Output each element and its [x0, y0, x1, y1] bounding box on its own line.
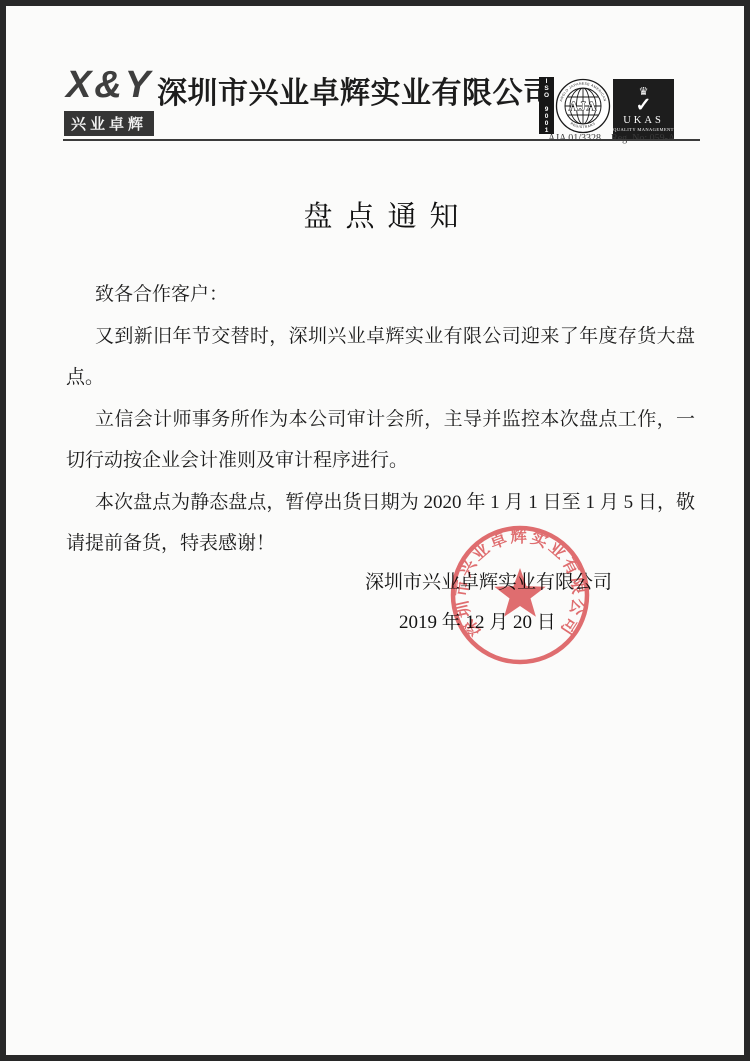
company-logo-subtitle: 兴业卓辉 [71, 113, 147, 134]
ukas-label: UKAS [623, 114, 664, 127]
aja-label: AJA [569, 99, 597, 114]
iso-9001-label: ISO 9001 [539, 78, 554, 134]
letter-body: 致各合作客户： 又到新旧年节交替时，深圳兴业卓辉实业有限公司迎来了年度存货大盘点… [66, 274, 695, 565]
iso-9001-badge: ISO 9001 [539, 77, 554, 134]
scanned-letter-page: X&Y 兴业卓辉 深圳市兴业卓辉实业有限公司 ISO 9001 ANGLO JA… [0, 0, 750, 1061]
seal-star-icon [494, 568, 545, 617]
ukas-badge: ♛ ✓ UKAS QUALITY MANAGEMENT [613, 79, 674, 141]
company-logo: X&Y [66, 64, 153, 107]
paragraph: 本次盘点为静态盘点，暂停出货日期为 2020 年 1 月 1 日至 1 月 5 … [66, 482, 695, 565]
paragraph: 又到新旧年节交替时，深圳兴业卓辉实业有限公司迎来了年度存货大盘点。 [66, 316, 695, 399]
company-logo-subtitle-box: 兴业卓辉 [64, 111, 154, 136]
checkmark-icon: ✓ [636, 98, 652, 114]
paragraph: 立信会计师事务所作为本公司审计会所，主导并监控本次盘点工作，一切行动按企业会计准… [66, 399, 695, 482]
document-title: 盘点通知 [6, 194, 750, 235]
header-divider [63, 139, 700, 141]
salutation: 致各合作客户： [66, 274, 695, 316]
company-seal-stamp: 深圳市兴业卓辉实业有限公司 [440, 515, 600, 675]
aja-globe-icon: ANGLO JAPANESE AMERICAN REGISTRARS AJA [555, 78, 611, 134]
company-name-heading: 深圳市兴业卓辉实业有限公司 [157, 68, 554, 112]
